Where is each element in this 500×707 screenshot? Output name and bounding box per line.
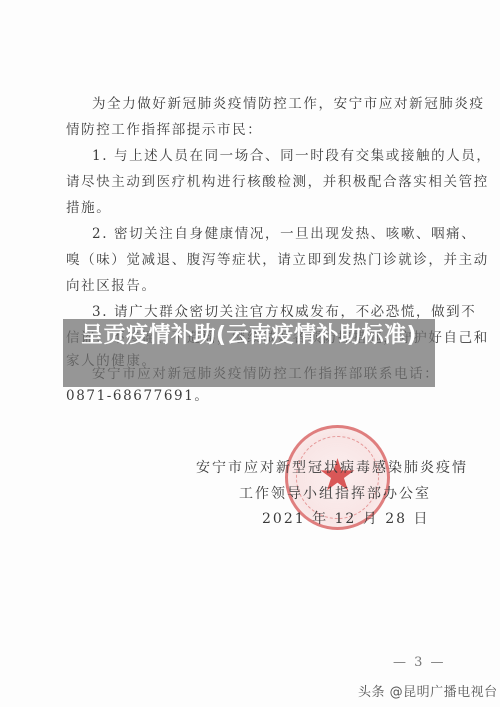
paragraph-line: 3. 请广大群众密切关注官方权威发布，不必恐慌，做到不 xyxy=(92,300,476,320)
paragraph-line: 向社区报告。 xyxy=(66,274,157,294)
title-overlay-banner: 呈贡疫情补助(云南疫情补助标准) xyxy=(63,319,435,387)
paragraph-line: 2. 密切关注自身健康情况，一旦出现发热、咳嗽、咽痛、 xyxy=(92,222,476,242)
source-watermark: 头条 @昆明广播电视台 xyxy=(358,681,498,700)
paragraph-line: 为全力做好新冠肺炎疫情防控工作，安宁市应对新冠肺炎疫 xyxy=(92,92,485,112)
paragraph-line: 嗅（味）觉减退、腹泻等症状，请立即到发热门诊就诊，并主动 xyxy=(66,248,489,268)
overlay-title: 呈贡疫情补助(云南疫情补助标准) xyxy=(73,321,425,351)
paragraph-line: 请尽快主动到医疗机构进行核酸检测，并积极配合落实相关管控 xyxy=(66,170,489,190)
signature-date: 2021 年 12 月 28 日 xyxy=(262,508,430,528)
paragraph-line: 措施。 xyxy=(66,196,111,216)
paragraph-line: 1. 与上述人员在同一场合、同一时段有交集或接触的人员， xyxy=(92,144,491,164)
signature-org-line2: 工作领导小组指挥部办公室 xyxy=(239,483,431,503)
phone-number: 0871-68677691。 xyxy=(66,384,210,404)
paragraph-line: 情防控工作指挥部提示市民： xyxy=(66,118,262,138)
signature-org-line1: 安宁市应对新型冠状病毒感染肺炎疫情 xyxy=(196,457,468,477)
page-number: — 3 — xyxy=(393,655,446,670)
